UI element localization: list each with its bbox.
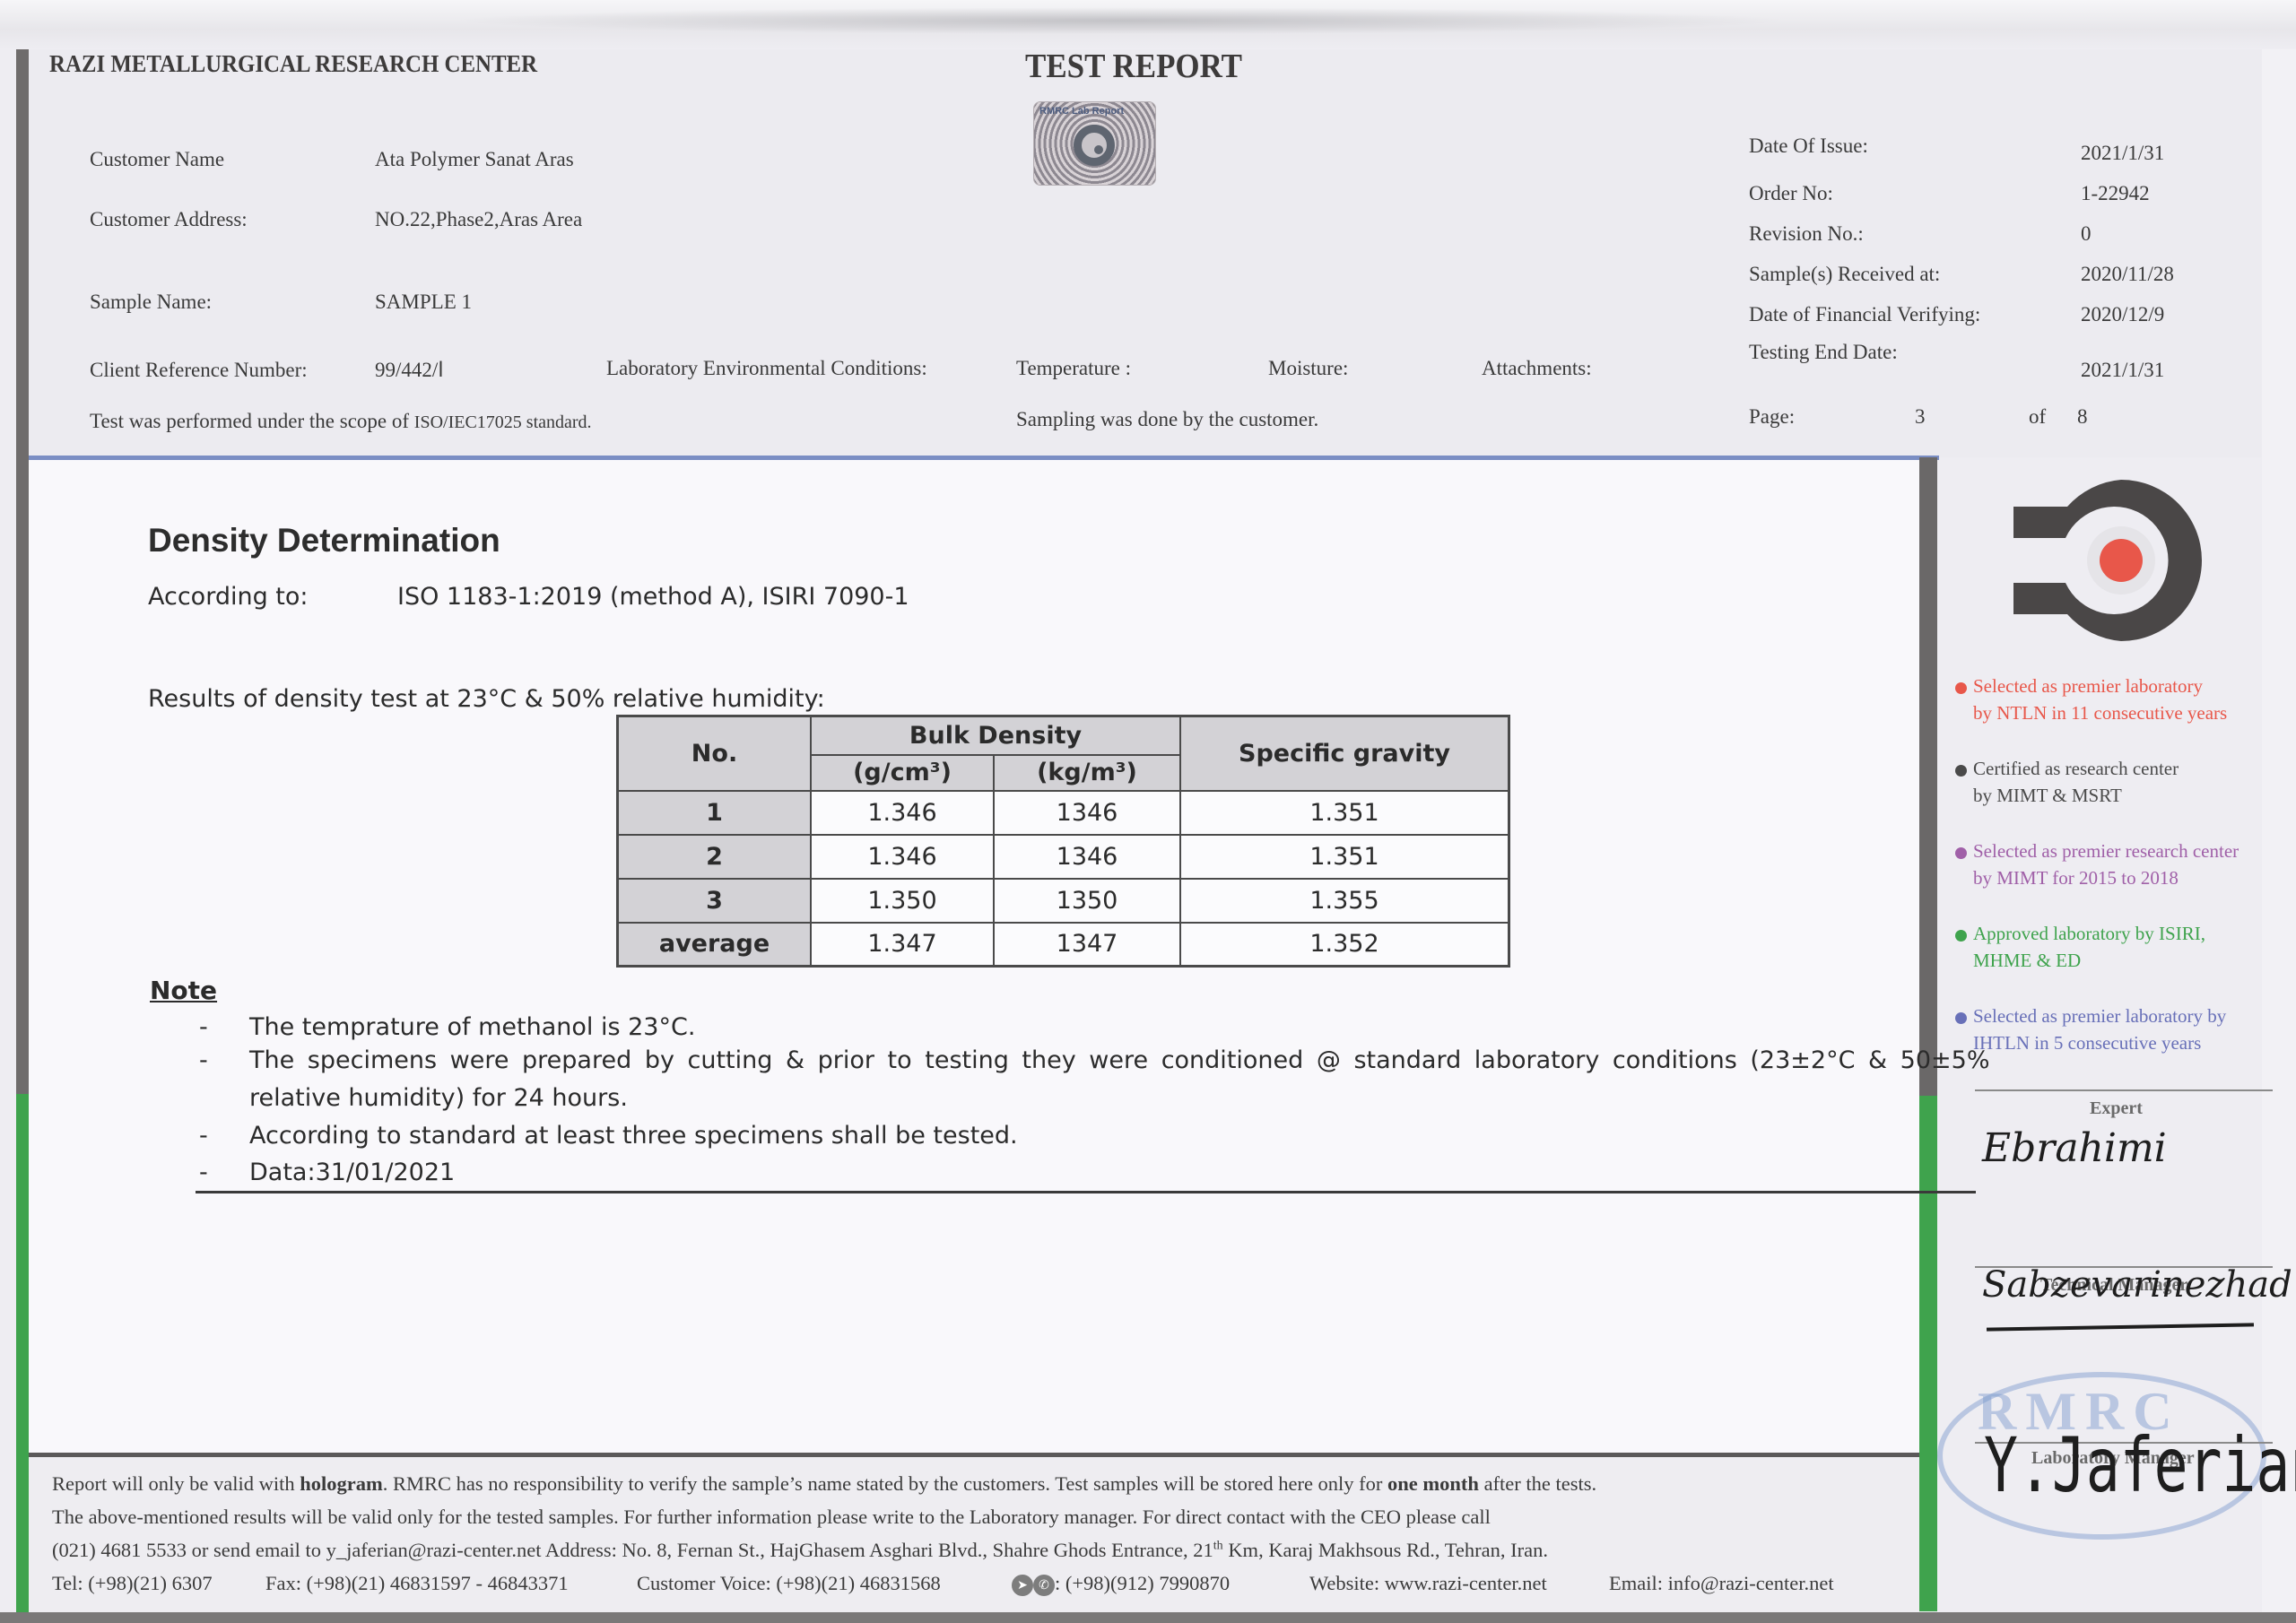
left-border-gray	[16, 49, 29, 1094]
table-row: 11.34613461.351	[618, 791, 1509, 835]
expert-signature: Ebrahimi	[1982, 1125, 2167, 1171]
meta-label: Sample(s) Received at:	[1749, 263, 1940, 286]
sidebar-divider-gray	[1919, 457, 1937, 1096]
accolade-line2: MHME & ED	[1973, 950, 2081, 971]
temperature-label: Temperature :	[1016, 357, 1131, 380]
bullet-dot-icon	[1955, 765, 1967, 777]
footer-validity-line: Report will only be valid with hologram.…	[52, 1472, 1596, 1496]
lab-environment-label: Laboratory Environmental Conditions:	[606, 357, 927, 380]
bottom-scan-edge	[0, 1612, 2296, 1623]
client-reference-label: Client Reference Number:	[90, 359, 308, 382]
customer-name-label: Customer Name	[90, 148, 224, 171]
sample-name-value: SAMPLE 1	[375, 291, 472, 314]
expert-signature-line	[1975, 1089, 2273, 1091]
cell-gcm3: 1.347	[811, 923, 994, 967]
bullet-dot-icon	[1955, 930, 1967, 942]
accolade-line1: Approved laboratory by ISIRI,	[1973, 923, 2205, 944]
density-results-table: No. Bulk Density Specific gravity (g/cm³…	[616, 715, 1510, 968]
left-border-green	[16, 1094, 29, 1623]
note-bullet: -	[199, 1159, 208, 1186]
cell-sg: 1.351	[1180, 791, 1509, 835]
technical-manager-underline	[1987, 1323, 2254, 1331]
col-header-no: No.	[618, 716, 812, 791]
sidebar-divider-green	[1919, 1096, 1937, 1611]
according-to-standards: ISO 1183-1:2019 (method A), ISIRI 7090-1	[397, 583, 909, 611]
meta-label: Testing End Date:	[1749, 341, 1898, 364]
cell-sg: 1.352	[1180, 923, 1509, 967]
cell-gcm3: 1.346	[811, 835, 994, 879]
cell-kgm3: 1346	[994, 791, 1180, 835]
accolade-item: Selected as premier laboratory byIHTLN i…	[1955, 1002, 2226, 1056]
whatsapp-icon: ✆	[1033, 1575, 1055, 1596]
footer-tel: Tel: (+98)(21) 6307	[52, 1572, 213, 1595]
meta-value: 0	[2081, 222, 2092, 246]
scope-prefix: Test was performed under the scope of	[90, 410, 414, 432]
client-reference-value: 99/ا/442	[375, 359, 444, 382]
col-header-unit-gcm3: (g/cm³)	[811, 755, 994, 791]
telegram-icon: ➤	[1012, 1575, 1033, 1596]
notes-rule	[196, 1191, 1976, 1193]
scope-statement: Test was performed under the scope of IS…	[90, 410, 592, 433]
rmrc-logo-icon	[2013, 471, 2211, 650]
customer-address-label: Customer Address:	[90, 208, 248, 231]
note-item: Data:31/01/2021	[249, 1159, 455, 1186]
page-of-label: of	[2029, 405, 2046, 429]
page-total: 8	[2077, 405, 2088, 429]
cell-sg: 1.351	[1180, 835, 1509, 879]
according-to-label: According to:	[148, 583, 309, 611]
cell-gcm3: 1.350	[811, 879, 994, 923]
hologram-seal: RMRC Lab Report	[1033, 101, 1156, 186]
section-title: Density Determination	[148, 522, 500, 560]
footer-address-line: (021) 4681 5533 or send email to y_jafer…	[52, 1539, 1548, 1562]
meta-value: 1-22942	[2081, 182, 2150, 205]
bullet-dot-icon	[1955, 1012, 1967, 1024]
customer-address-value: NO.22,Phase2,Aras Area	[375, 208, 582, 231]
sample-name-label: Sample Name:	[90, 291, 212, 314]
meta-value: 2021/1/31	[2081, 359, 2164, 382]
bullet-dot-icon	[1955, 847, 1967, 859]
cell-sg: 1.355	[1180, 879, 1509, 923]
accolade-line1: Certified as research center	[1973, 758, 2179, 779]
accolade-line1: Selected as premier laboratory by	[1973, 1005, 2226, 1027]
table-row: average1.34713471.352	[618, 923, 1509, 967]
scope-standard: ISO/IEC17025 standard.	[414, 412, 592, 432]
accolade-line2: by MIMT for 2015 to 2018	[1973, 867, 2179, 889]
lab-manager-signature: Y.Jaferian	[1984, 1421, 2296, 1509]
attachments-label: Attachments:	[1482, 357, 1592, 380]
organization-name: RAZI METALLURGICAL RESEARCH CENTER	[49, 50, 537, 78]
meta-value: 2020/11/28	[2081, 263, 2174, 286]
accolade-line2: IHTLN in 5 consecutive years	[1973, 1032, 2201, 1054]
expert-role-label: Expert	[2090, 1098, 2143, 1119]
moisture-label: Moisture:	[1268, 357, 1348, 380]
table-row: 31.35013501.355	[618, 879, 1509, 923]
footer-customer-voice: Customer Voice: (+98)(21) 46831568	[637, 1572, 941, 1595]
col-header-bulk-density: Bulk Density	[811, 716, 1180, 755]
cell-kgm3: 1350	[994, 879, 1180, 923]
col-header-specific-gravity: Specific gravity	[1180, 716, 1509, 791]
footer-website[interactable]: Website: www.razi-center.net	[1309, 1572, 1547, 1595]
right-page-edge	[2262, 49, 2296, 1623]
results-intro: Results of density test at 23°C & 50% re…	[148, 685, 825, 713]
note-item: relative humidity) for 24 hours.	[249, 1084, 628, 1112]
meta-label: Revision No.:	[1749, 222, 1864, 246]
cell-no: 2	[618, 835, 812, 879]
footer-email[interactable]: Email: info@razi-center.net	[1609, 1572, 1834, 1595]
page-label: Page:	[1749, 405, 1795, 429]
meta-value: 2021/1/31	[2081, 142, 2164, 165]
page-current: 3	[1915, 405, 1926, 429]
cell-kgm3: 1346	[994, 835, 1180, 879]
report-header	[29, 49, 2296, 457]
bullet-dot-icon	[1955, 682, 1967, 694]
note-item: The specimens were prepared by cutting &…	[249, 1046, 1989, 1074]
cell-no: 1	[618, 791, 812, 835]
meta-label: Order No:	[1749, 182, 1833, 205]
report-title: TEST REPORT	[1025, 47, 1242, 86]
meta-value: 2020/12/9	[2081, 303, 2164, 326]
note-item: The temprature of methanol is 23°C.	[249, 1013, 695, 1041]
footer-messenger: ➤✆: (+98)(912) 7990870	[1012, 1572, 1230, 1596]
accolade-line1: Selected as premier research center	[1973, 840, 2239, 862]
meta-label: Date Of Issue:	[1749, 135, 1868, 158]
cell-kgm3: 1347	[994, 923, 1180, 967]
cell-no: 3	[618, 879, 812, 923]
sampling-note: Sampling was done by the customer.	[1016, 408, 1318, 431]
footer-results-line: The above-mentioned results will be vali…	[52, 1506, 1491, 1529]
hologram-text: RMRC Lab Report	[1039, 106, 1124, 117]
accolade-item: Certified as research centerby MIMT & MS…	[1955, 755, 2179, 809]
hologram-logo-icon	[1074, 125, 1115, 166]
accolade-line2: by MIMT & MSRT	[1973, 785, 2122, 806]
footer-fax: Fax: (+98)(21) 46831597 - 46843371	[265, 1572, 569, 1595]
cell-gcm3: 1.346	[811, 791, 994, 835]
note-bullet: -	[199, 1122, 208, 1150]
meta-label: Date of Financial Verifying:	[1749, 303, 1980, 326]
customer-name-value: Ata Polymer Sanat Aras	[375, 148, 574, 171]
accolade-line1: Selected as premier laboratory	[1973, 675, 2203, 697]
cell-no: average	[618, 923, 812, 967]
col-header-unit-kgm3: (kg/m³)	[994, 755, 1180, 791]
table-row: 21.34613461.351	[618, 835, 1509, 879]
note-bullet: -	[199, 1046, 208, 1074]
technical-manager-signature: Sabzevarinezhad	[1982, 1264, 2292, 1306]
note-item: According to standard at least three spe…	[249, 1122, 1018, 1150]
scan-smudge	[448, 7, 1794, 34]
note-bullet: -	[199, 1013, 208, 1041]
accolade-item: Approved laboratory by ISIRI,MHME & ED	[1955, 920, 2205, 974]
accolade-item: Selected as premier laboratoryby NTLN in…	[1955, 673, 2227, 726]
note-title: Note	[150, 976, 217, 1005]
accolade-item: Selected as premier research centerby MI…	[1955, 838, 2239, 891]
accolade-line2: by NTLN in 11 consecutive years	[1973, 702, 2227, 724]
